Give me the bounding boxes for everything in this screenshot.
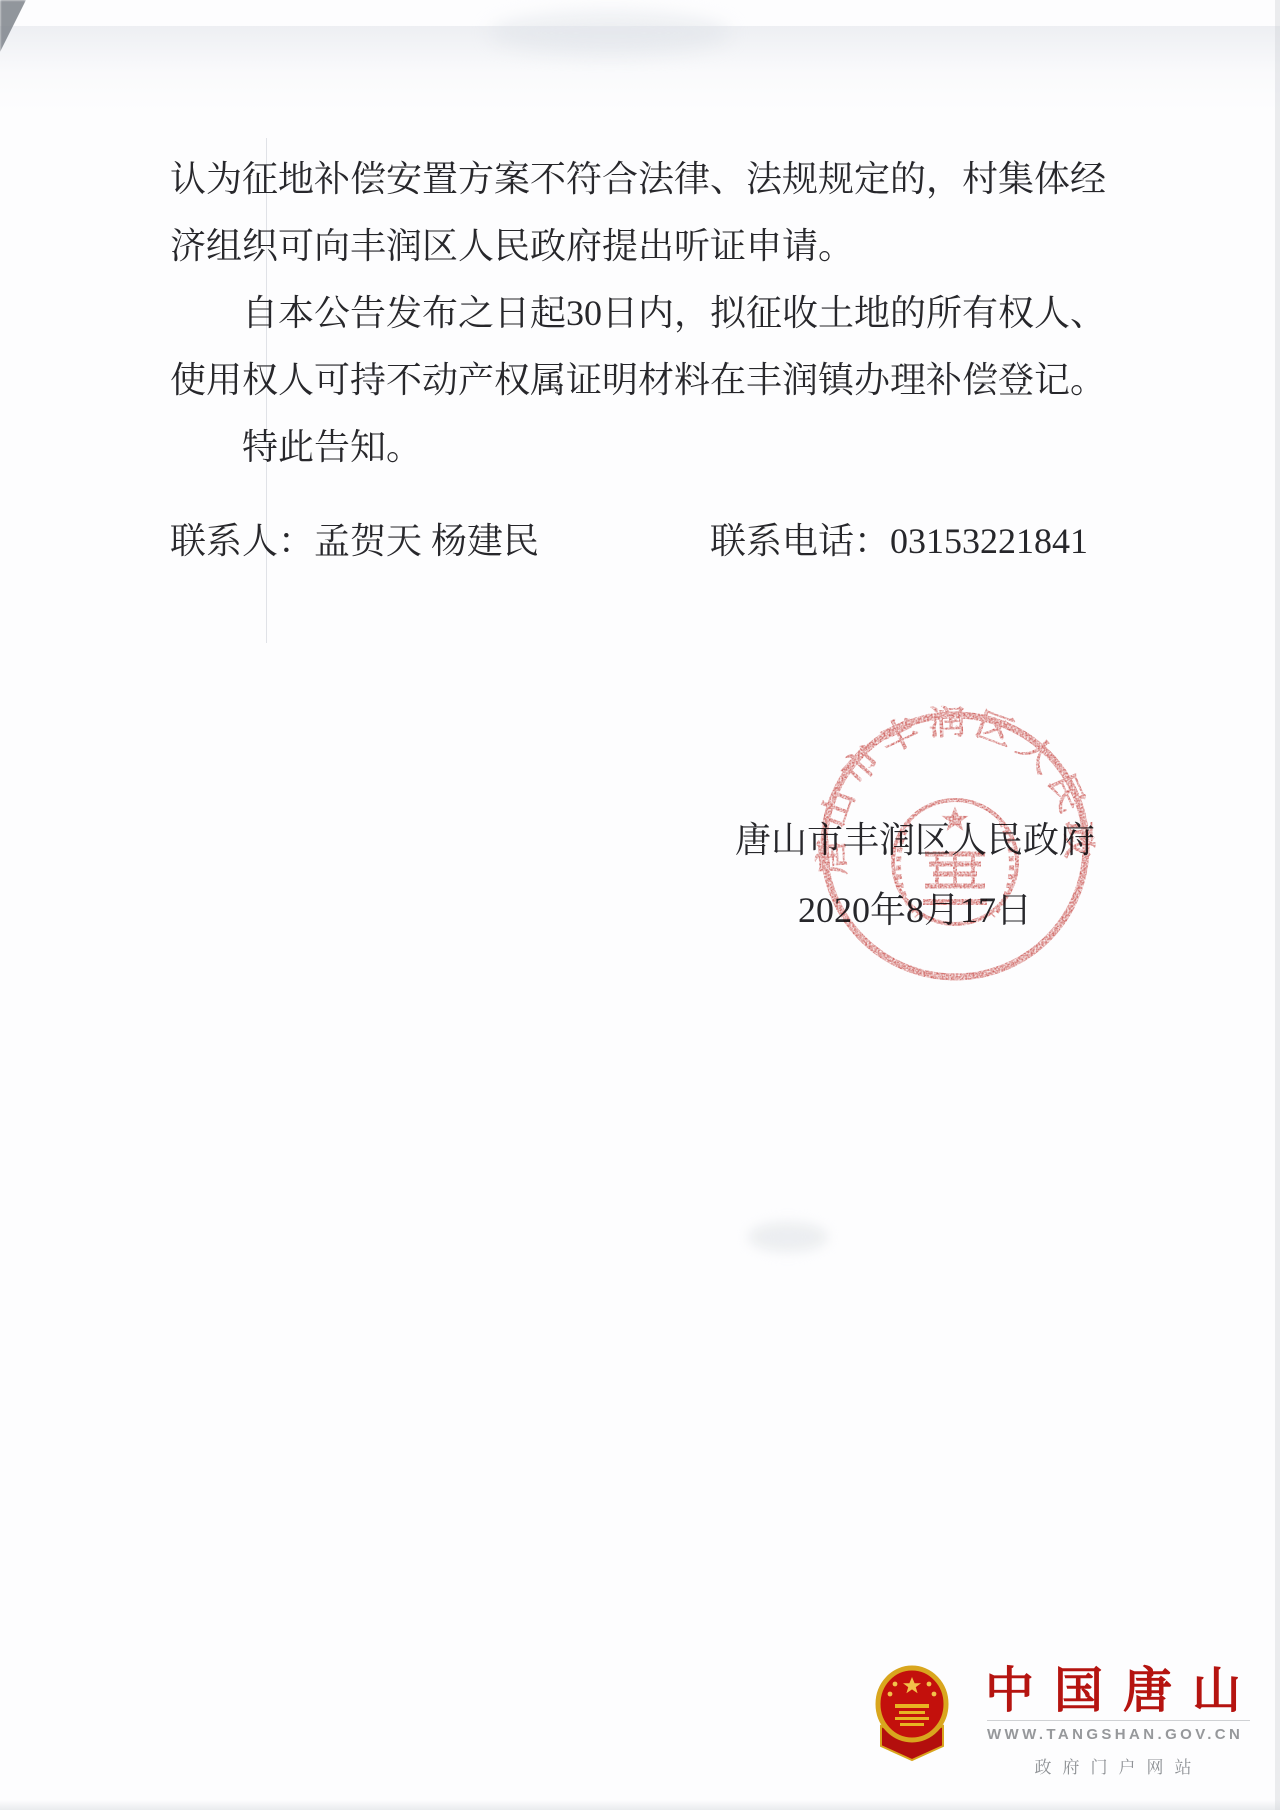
body-text-line: 使用权人可持不动产权属证明材料在丰润镇办理补偿登记。 xyxy=(170,347,1120,414)
tangshan-portal-logo: 中国唐山 WWW.TANGSHAN.GOV.CN 政府门户网站 xyxy=(870,1652,1260,1787)
scan-artifact-right-edge xyxy=(1275,0,1280,1810)
body-text-line: 认为征地补偿安置方案不符合法律、法规规定的，村集体经 xyxy=(170,146,1120,213)
contact-phone-number: 03153221841 xyxy=(890,521,1088,561)
scan-artifact-corner-mark xyxy=(0,0,26,52)
contact-person-names: 孟贺天 杨建民 xyxy=(314,521,539,561)
issuing-authority: 唐山市丰润区人民政府 xyxy=(735,818,1095,862)
body-text-line: 自本公告发布之日起30日内，拟征收土地的所有权人、 xyxy=(170,280,1120,347)
signature-block: 唐山市丰润区人民政府 2020年8月17日 xyxy=(735,818,1095,932)
document-body: 认为征地补偿安置方案不符合法律、法规规定的，村集体经 济组织可向丰润区人民政府提… xyxy=(170,146,1120,481)
logo-divider xyxy=(987,1720,1250,1721)
scan-artifact-smudge xyxy=(748,1222,828,1252)
contact-row: 联系人：孟贺天 杨建民 联系电话：03153221841 xyxy=(170,508,1120,575)
national-emblem-icon xyxy=(873,1664,951,1762)
scan-artifact-bottom-edge xyxy=(0,1800,1280,1810)
body-text-line: 济组织可向丰润区人民政府提出听证申请。 xyxy=(170,213,1120,280)
site-name: 中国唐山 xyxy=(985,1652,1255,1722)
site-tagline: 政府门户网站 xyxy=(987,1753,1250,1778)
body-text-line: 特此告知。 xyxy=(170,414,1120,481)
contact-person-label: 联系人： xyxy=(170,521,314,561)
scanned-document-page: 认为征地补偿安置方案不符合法律、法规规定的，村集体经 济组织可向丰润区人民政府提… xyxy=(0,0,1280,1810)
contact-phone-label: 联系电话： xyxy=(710,521,890,561)
site-url: WWW.TANGSHAN.GOV.CN xyxy=(987,1726,1250,1743)
scan-artifact-smudge xyxy=(490,12,730,54)
issue-date: 2020年8月17日 xyxy=(735,888,1095,932)
